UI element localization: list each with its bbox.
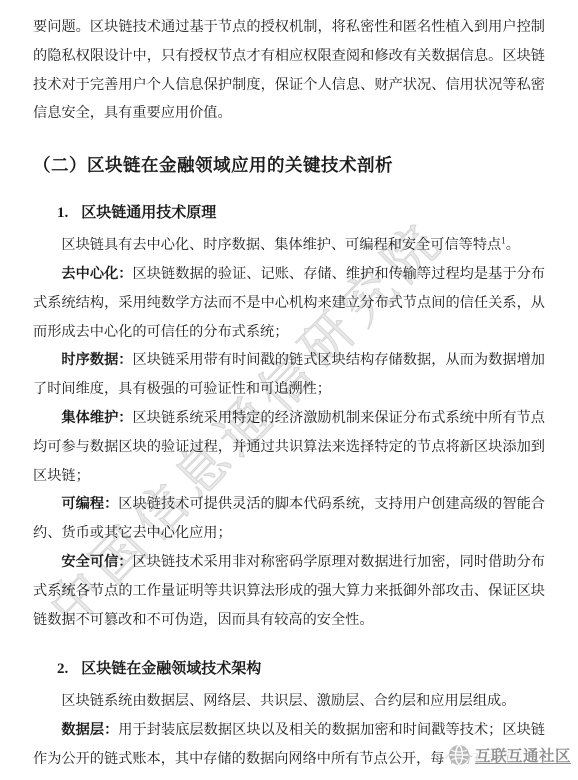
paragraph-secure-trusted: 安全可信：区块链技术采用非对称密码学原理对数据进行加密，同时借助分布式系统各节点… [33, 548, 545, 634]
term-label: 数据层： [61, 722, 118, 738]
paragraph-architecture-lead: 区块链系统由数据层、网络层、共识层、激励层、合约层和应用层组成。 [33, 687, 545, 716]
paragraph-decentralization: 去中心化：区块链数据的验证、记账、存储、维护和传输等过程均是基于分布式系统结构，… [33, 260, 545, 346]
paragraph-collective-maintenance: 集体维护：区块链系统采用特定的经济激励机制来保证分布式系统中所有节点均可参与数据… [33, 404, 545, 490]
subsection-1-heading: 1.区块链通用技术原理 [57, 204, 545, 223]
term-label: 时序数据： [61, 352, 132, 368]
section-heading: （二）区块链在金融领域应用的关键技术剖析 [33, 153, 545, 178]
paragraph-timestamped-data: 时序数据：区块链采用带有时间戳的链式区块结构存储数据，从而为数据增加了时间维度，… [33, 346, 545, 404]
subsection-2-number: 2. [57, 661, 68, 677]
paragraph-intro: 要问题。区块链技术通过基于节点的授权机制，将私密性和匿名性植入到用户控制的隐私权… [33, 13, 545, 128]
term-label: 去中心化： [61, 266, 132, 282]
features-lead-text: 区块链具有去中心化、时序数据、集体维护、可编程和安全可信等特点 [61, 237, 501, 253]
features-lead-tail: 。 [506, 237, 520, 253]
community-watermark-label: 互联互通社区 [475, 744, 571, 766]
community-watermark-badge: 互联互通社区 [444, 741, 574, 769]
document-content: 要问题。区块链技术通过基于节点的授权机制，将私密性和匿名性植入到用户控制的隐私权… [33, 13, 545, 774]
globe-icon [447, 743, 471, 767]
subsection-2-heading: 2.区块链在金融领域技术架构 [57, 660, 545, 679]
subsection-2-title: 区块链在金融领域技术架构 [81, 661, 261, 677]
term-label: 安全可信： [61, 554, 132, 570]
document-page: 中国信息通信研究院 要问题。区块链技术通过基于节点的授权机制，将私密性和匿名性植… [0, 0, 578, 780]
paragraph-features-lead: 区块链具有去中心化、时序数据、集体维护、可编程和安全可信等特点1。 [33, 231, 545, 260]
term-label: 可编程： [61, 496, 118, 512]
subsection-1-number: 1. [57, 205, 68, 221]
subsection-1-title: 区块链通用技术原理 [81, 205, 216, 221]
term-label: 集体维护： [61, 410, 132, 426]
paragraph-programmable: 可编程：区块链技术可提供灵活的脚本代码系统，支持用户创建高级的智能合约、货币或其… [33, 490, 545, 548]
